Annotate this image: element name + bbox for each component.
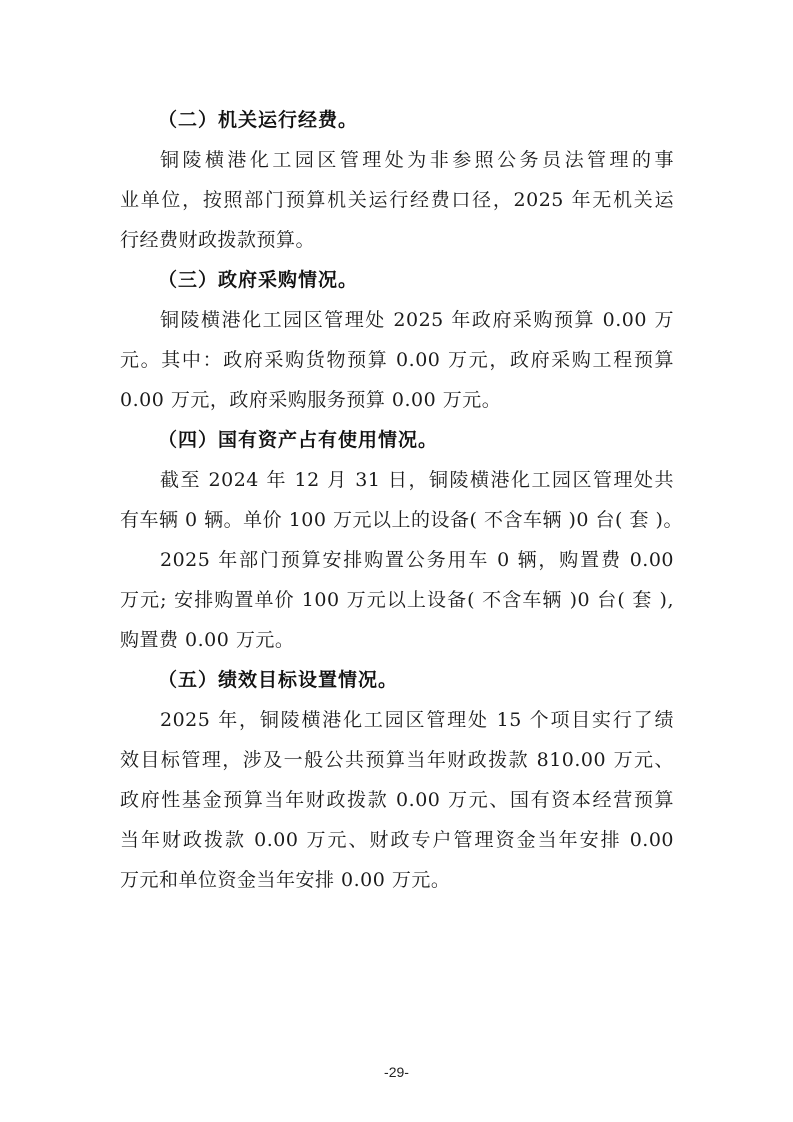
- document-page: （二）机关运行经费。 铜陵横港化工园区管理处为非参照公务员法管理的事 业单位，按…: [120, 100, 674, 900]
- text-line: 万元和单位资金当年安排 0.00 万元。: [120, 860, 674, 900]
- text-line: 铜陵横港化工园区管理处为非参照公务员法管理的事: [120, 140, 674, 180]
- text-line: 购置费 0.00 万元。: [120, 620, 674, 660]
- section-heading: （二）机关运行经费。: [120, 100, 674, 140]
- text-line: 万元; 安排购置单价 100 万元以上设备( 不含车辆 )0 台( 套 ),: [120, 580, 674, 620]
- text-line: 效目标管理，涉及一般公共预算当年财政拨款 810.00 万元、: [120, 740, 674, 780]
- section-performance-targets: （五）绩效目标设置情况。 2025 年，铜陵横港化工园区管理处 15 个项目实行…: [120, 660, 674, 900]
- text-line: 当年财政拨款 0.00 万元、财政专户管理资金当年安排 0.00: [120, 820, 674, 860]
- section-operating-expenses: （二）机关运行经费。 铜陵横港化工园区管理处为非参照公务员法管理的事 业单位，按…: [120, 100, 674, 260]
- paragraph: 截至 2024 年 12 月 31 日，铜陵横港化工园区管理处共 有车辆 0 辆…: [120, 460, 674, 540]
- section-heading: （五）绩效目标设置情况。: [120, 660, 674, 700]
- paragraph: 2025 年部门预算安排购置公务用车 0 辆，购置费 0.00 万元; 安排购置…: [120, 540, 674, 660]
- section-heading: （四）国有资产占有使用情况。: [120, 420, 674, 460]
- page-number: -29-: [0, 1064, 793, 1080]
- section-state-assets: （四）国有资产占有使用情况。 截至 2024 年 12 月 31 日，铜陵横港化…: [120, 420, 674, 660]
- text-line: 业单位，按照部门预算机关运行经费口径，2025 年无机关运: [120, 180, 674, 220]
- paragraph: 铜陵横港化工园区管理处 2025 年政府采购预算 0.00 万 元。其中：政府采…: [120, 300, 674, 420]
- text-line: 元。其中：政府采购货物预算 0.00 万元，政府采购工程预算: [120, 340, 674, 380]
- paragraph: 2025 年，铜陵横港化工园区管理处 15 个项目实行了绩 效目标管理，涉及一般…: [120, 700, 674, 900]
- text-line: 行经费财政拨款预算。: [120, 220, 674, 260]
- text-line: 2025 年部门预算安排购置公务用车 0 辆，购置费 0.00: [120, 540, 674, 580]
- section-heading: （三）政府采购情况。: [120, 260, 674, 300]
- text-line: 有车辆 0 辆。单价 100 万元以上的设备( 不含车辆 )0 台( 套 )。: [120, 500, 674, 540]
- section-government-procurement: （三）政府采购情况。 铜陵横港化工园区管理处 2025 年政府采购预算 0.00…: [120, 260, 674, 420]
- text-line: 政府性基金预算当年财政拨款 0.00 万元、国有资本经营预算: [120, 780, 674, 820]
- text-line: 2025 年，铜陵横港化工园区管理处 15 个项目实行了绩: [120, 700, 674, 740]
- text-line: 截至 2024 年 12 月 31 日，铜陵横港化工园区管理处共: [120, 460, 674, 500]
- text-line: 铜陵横港化工园区管理处 2025 年政府采购预算 0.00 万: [120, 300, 674, 340]
- paragraph: 铜陵横港化工园区管理处为非参照公务员法管理的事 业单位，按照部门预算机关运行经费…: [120, 140, 674, 260]
- text-line: 0.00 万元，政府采购服务预算 0.00 万元。: [120, 380, 674, 420]
